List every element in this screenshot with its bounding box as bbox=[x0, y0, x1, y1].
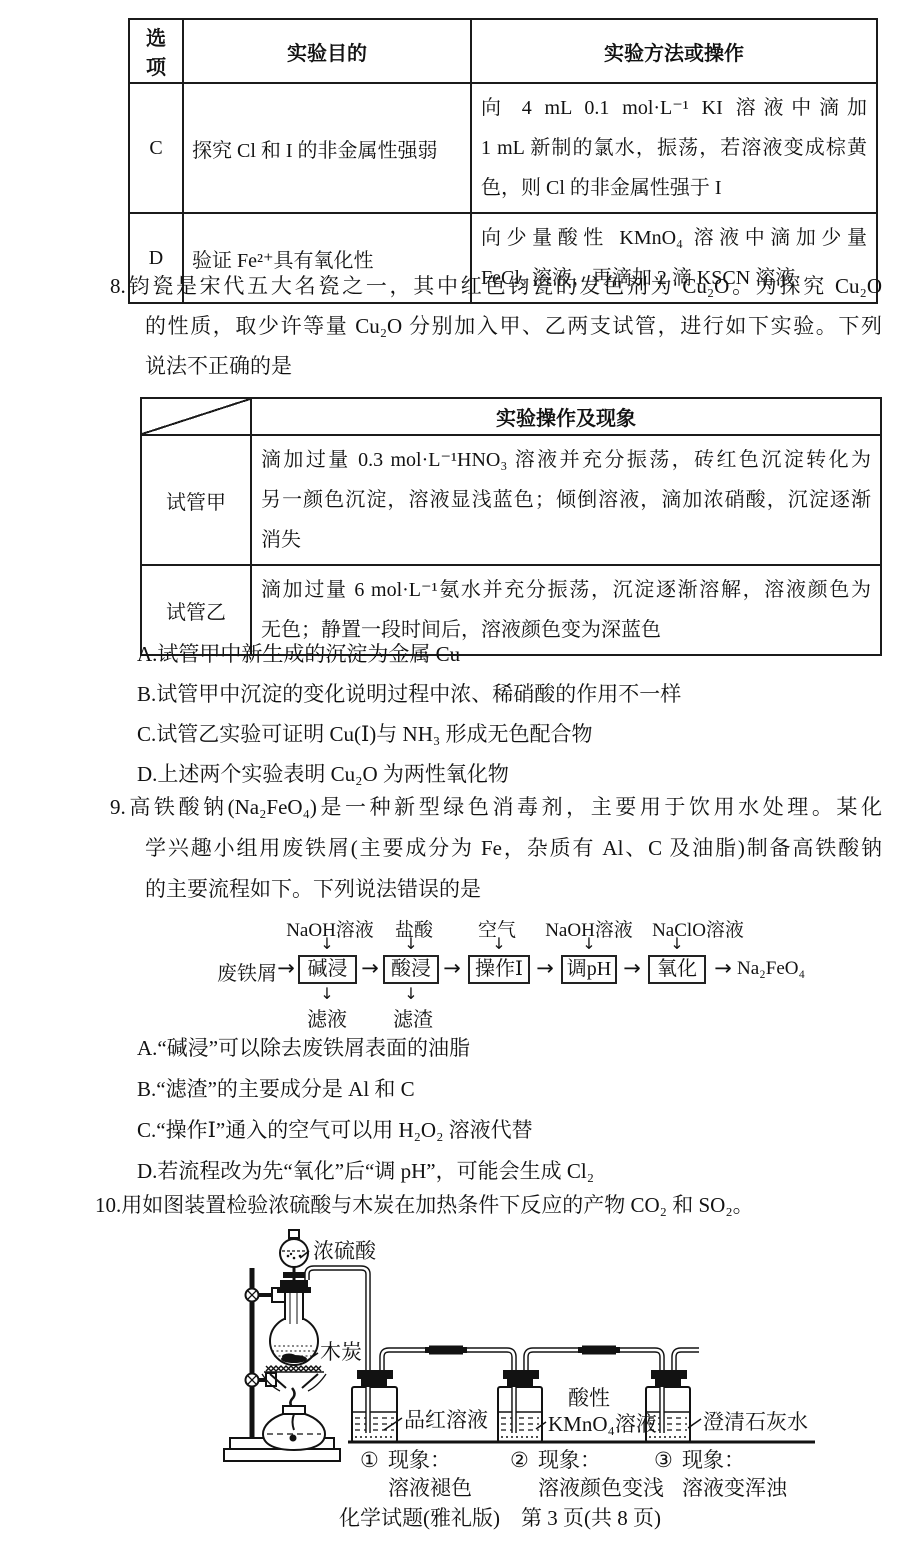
obs1-head: 现象： bbox=[388, 1448, 451, 1472]
flow-arrow-right-icon: → bbox=[536, 958, 554, 978]
stem-line: 的性质，取少许等量 Cu₂O 分别加入甲、乙两支试管，进行如下实验。下列 bbox=[110, 306, 882, 346]
option-d: D.若流程改为先“氧化”后“调 pH”，可能会生成 Cl₂ bbox=[137, 1151, 594, 1192]
flow-step-operation-1: 操作Ⅰ bbox=[468, 955, 530, 984]
flow-arrow-down-icon: ↓ bbox=[404, 936, 417, 951]
obs3-text: 溶液变浑浊 bbox=[682, 1476, 788, 1500]
question-9-options: A.“碱浸”可以除去废铁屑表面的油脂 B.“滤渣”的主要成分是 Al 和 C C… bbox=[137, 1028, 594, 1192]
flow-step-oxidation: 氧化 bbox=[648, 955, 706, 984]
question-8-options: A.试管甲中新生成的沉淀为金属 Cu B.试管甲中沉淀的变化说明过程中浓、稀硝酸… bbox=[137, 634, 681, 794]
obs2-text: 溶液颜色变浅 bbox=[538, 1476, 664, 1500]
method-line: 向 4 mL 0.1 mol·L⁻¹ KI 溶液中滴加 bbox=[481, 88, 867, 128]
obs3-head: 现象： bbox=[682, 1448, 745, 1472]
observation-line: 滴加过量 0.3 mol·L⁻¹HNO₃ 溶液并充分振荡，砖红色沉淀转化为 bbox=[261, 440, 871, 480]
option-b: B.“滤渣”的主要成分是 Al 和 C bbox=[137, 1069, 594, 1110]
flow-reagent-naclo: NaClO溶液 bbox=[652, 915, 744, 942]
flow-arrow-down-icon: ↓ bbox=[320, 986, 333, 1001]
flow-step-adjust-ph: 调pH bbox=[561, 955, 617, 984]
flow-input-scrap-iron: 废铁屑 bbox=[217, 957, 277, 986]
option-c: C.试管乙实验可证明 Cu(Ⅰ)与 NH₃ 形成无色配合物 bbox=[137, 714, 681, 754]
obs3-num: ③ bbox=[654, 1448, 673, 1472]
gas-washing-bottle-2 bbox=[498, 1387, 542, 1442]
experiment-table: 选项 实验目的 实验方法或操作 C 探究 Cl 和 I 的非金属性强弱 向 4 … bbox=[128, 18, 878, 304]
option-letter: C bbox=[129, 83, 183, 213]
flow-arrow-right-icon: → bbox=[277, 958, 295, 978]
stem-line: 说法不正确的是 bbox=[110, 346, 882, 386]
question-9-stem: 9.高铁酸钠(Na₂FeO₄)是一种新型绿色消毒剂，主要用于饮用水处理。某化 学… bbox=[110, 787, 882, 910]
method-line: 色，则 Cl 的非金属性强于 I bbox=[481, 168, 867, 208]
flow-product: Na₂FeO₄ bbox=[737, 958, 805, 980]
flow-step-alkali-soak: 碱浸 bbox=[298, 955, 357, 984]
flow-arrow-right-icon: → bbox=[361, 958, 379, 978]
observation-line: 消失 bbox=[261, 520, 871, 560]
flow-arrow-right-icon: → bbox=[623, 958, 641, 978]
table-row: 试管甲 滴加过量 0.3 mol·L⁻¹HNO₃ 溶液并充分振荡，砖红色沉淀转化… bbox=[141, 435, 881, 565]
stem-line: 10.用如图装置检验浓硫酸与木炭在加热条件下反应的产物 CO₂ 和 SO₂。 bbox=[95, 1188, 885, 1222]
flask-label: 木炭 bbox=[320, 1340, 362, 1364]
header-method: 实验方法或操作 bbox=[471, 19, 877, 83]
gas-washing-bottle-1 bbox=[352, 1387, 397, 1442]
dropping-funnel bbox=[277, 1230, 311, 1293]
purpose-cell: 探究 Cl 和 I 的非金属性强弱 bbox=[183, 83, 471, 213]
q10-apparatus-diagram: 浓硫酸 木炭 品红溶液 酸性 KMnO₄溶液 澄清石灰水 ① 现象： 溶液褪色 … bbox=[150, 1228, 850, 1518]
flow-arrow-right-icon: → bbox=[443, 958, 461, 978]
flow-step-acid-soak: 酸浸 bbox=[383, 955, 439, 984]
table-row: C 探究 Cl 和 I 的非金属性强弱 向 4 mL 0.1 mol·L⁻¹ K… bbox=[129, 83, 877, 213]
table-header-row: 选项 实验目的 实验方法或操作 bbox=[129, 19, 877, 83]
method-cell: 向 4 mL 0.1 mol·L⁻¹ KI 溶液中滴加 1 mL 新制的氯水，振… bbox=[471, 83, 877, 213]
option-a: A.试管甲中新生成的沉淀为金属 Cu bbox=[137, 634, 681, 674]
obs1-text: 溶液褪色 bbox=[388, 1476, 472, 1500]
bottle-stoppers bbox=[357, 1370, 687, 1387]
tube-label: 试管甲 bbox=[141, 435, 251, 565]
flow-arrow-down-icon: ↓ bbox=[492, 936, 505, 951]
q8-observation-table: 实验操作及现象 试管甲 滴加过量 0.3 mol·L⁻¹HNO₃ 溶液并充分振荡… bbox=[140, 397, 882, 656]
observation-captions: ① 现象： 溶液褪色 ② 现象： 溶液颜色变浅 ③ 现象： 溶液变浑浊 bbox=[360, 1448, 788, 1500]
diagonal-header-cell bbox=[141, 398, 251, 435]
flow-arrow-down-icon: ↓ bbox=[404, 986, 417, 1001]
header-purpose: 实验目的 bbox=[183, 19, 471, 83]
stem-line: 9.高铁酸钠(Na₂FeO₄)是一种新型绿色消毒剂，主要用于饮用水处理。某化 bbox=[110, 787, 882, 828]
stem-line: 的主要流程如下。下列说法错误的是 bbox=[110, 869, 882, 910]
bottle2-label-line1: 酸性 bbox=[568, 1386, 610, 1410]
tube-connectors bbox=[425, 1346, 620, 1355]
question-8-stem: 8.钧瓷是宋代五大名瓷之一，其中红色钧瓷的发色剂为 Cu₂O。为探究 Cu₂O … bbox=[110, 266, 882, 386]
observation-cell: 滴加过量 0.3 mol·L⁻¹HNO₃ 溶液并充分振荡，砖红色沉淀转化为 另一… bbox=[251, 435, 881, 565]
bottle3-label: 澄清石灰水 bbox=[703, 1410, 808, 1434]
header-option: 选项 bbox=[129, 19, 183, 83]
observation-line: 另一颜色沉淀，溶液显浅蓝色；倾倒溶液，滴加浓硝酸，沉淀逐渐 bbox=[261, 480, 871, 520]
option-a: A.“碱浸”可以除去废铁屑表面的油脂 bbox=[137, 1028, 594, 1069]
flow-arrow-right-icon: → bbox=[714, 958, 732, 978]
table-header-row: 实验操作及现象 bbox=[141, 398, 881, 435]
obs2-head: 现象： bbox=[538, 1448, 601, 1472]
observation-line: 滴加过量 6 mol·L⁻¹氨水并充分振荡，沉淀逐渐溶解，溶液颜色为 bbox=[261, 570, 871, 610]
stem-line: 学兴趣小组用废铁屑(主要成分为 Fe，杂质有 Al、C 及油脂)制备高铁酸钠 bbox=[110, 828, 882, 869]
question-10-stem: 10.用如图装置检验浓硫酸与木炭在加热条件下反应的产物 CO₂ 和 SO₂。 bbox=[95, 1188, 885, 1222]
funnel-label: 浓硫酸 bbox=[313, 1239, 377, 1263]
page-footer: 化学试题(雅礼版) 第 3 页(共 8 页) bbox=[100, 1502, 900, 1532]
obs2-num: ② bbox=[510, 1448, 529, 1472]
flow-arrow-down-icon: ↓ bbox=[582, 936, 595, 951]
flow-arrow-down-icon: ↓ bbox=[670, 936, 683, 951]
obs1-num: ① bbox=[360, 1448, 379, 1472]
stem-line: 8.钧瓷是宋代五大名瓷之一，其中红色钧瓷的发色剂为 Cu₂O。为探究 Cu₂O bbox=[110, 266, 882, 306]
method-line: 向少量酸性 KMnO₄ 溶液中滴加少量 bbox=[481, 218, 867, 258]
header-operation: 实验操作及现象 bbox=[251, 398, 881, 435]
option-b: B.试管甲中沉淀的变化说明过程中浓、稀硝酸的作用不一样 bbox=[137, 674, 681, 714]
bottle1-label: 品红溶液 bbox=[404, 1408, 488, 1432]
option-c: C.“操作Ⅰ”通入的空气可以用 H₂O₂ 溶液代替 bbox=[137, 1110, 594, 1151]
flow-arrow-down-icon: ↓ bbox=[320, 936, 333, 951]
bottle2-label-line2: KMnO₄溶液 bbox=[548, 1412, 657, 1436]
method-line: 1 mL 新制的氯水，振荡，若溶液变成棕黄 bbox=[481, 128, 867, 168]
